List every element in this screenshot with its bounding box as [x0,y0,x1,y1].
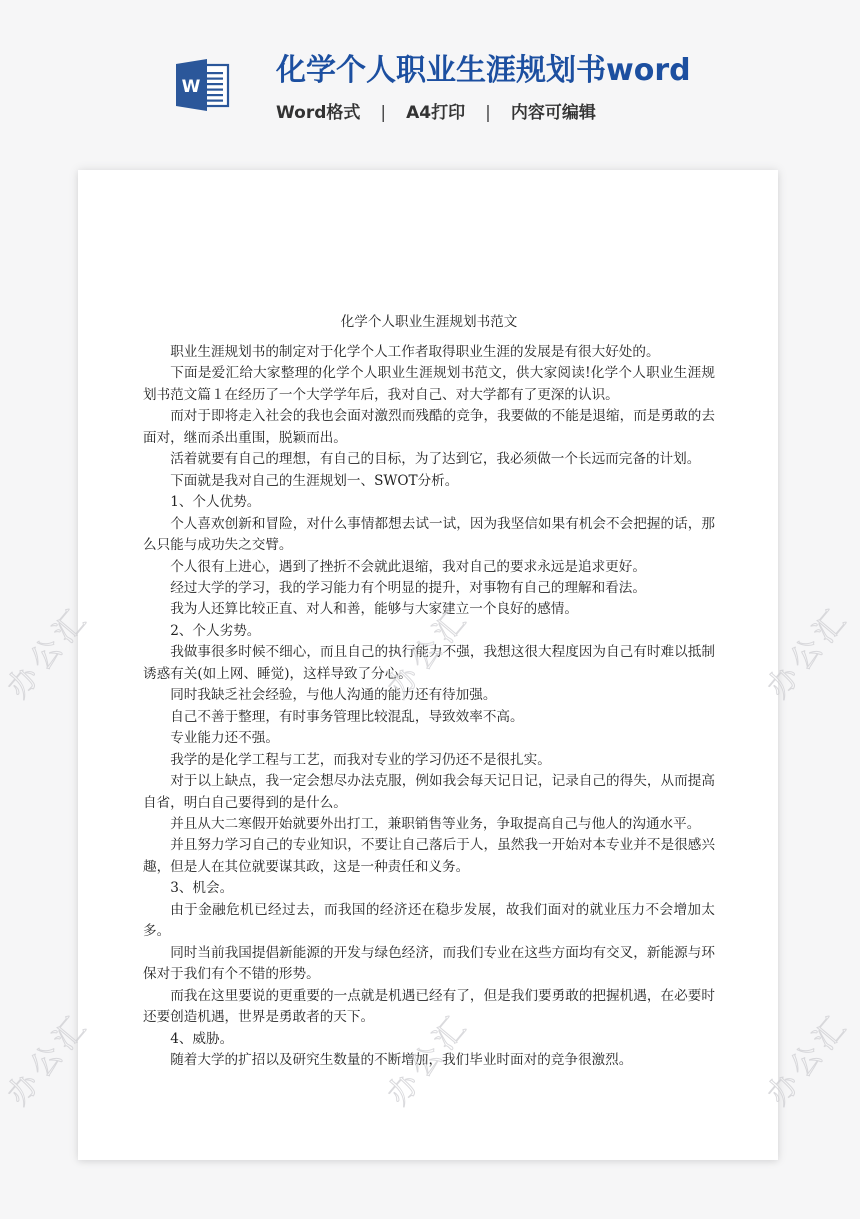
paragraph: 专业能力还不强。 [143,728,715,749]
paragraph: 而我在这里要说的更重要的一点就是机遇已经有了，但是我们要勇敢的把握机遇，在必要时… [143,986,715,1029]
meta-separator: | [380,101,386,125]
section-heading: 1、个人优势。 [143,492,715,513]
paragraph: 同时当前我国提倡新能源的开发与绿色经济，而我们专业在这些方面均有交叉，新能源与环… [143,943,715,986]
document-title: 化学个人职业生涯规划书word [276,52,691,90]
paragraph: 随着大学的扩招以及研究生数量的不断增加，我们毕业时面对的竞争很激烈。 [143,1050,715,1071]
section-heading: 4、威胁。 [143,1029,715,1050]
paragraph: 我学的是化学工程与工艺，而我对专业的学习仍还不是很扎实。 [143,750,715,771]
paragraph: 下面就是我对自己的生涯规划一、SWOT分析。 [143,471,715,492]
meta-format: Word格式 [276,101,360,125]
document-heading: 化学个人职业生涯规划书范文 [143,312,715,332]
paragraph: 由于金融危机已经过去，而我国的经济还在稳步发展，故我们面对的就业压力不会增加太多… [143,900,715,943]
paragraph: 下面是爱汇给大家整理的化学个人职业生涯规划书范文，供大家阅读!化学个人职业生涯规… [143,363,715,406]
document-body: 化学个人职业生涯规划书范文 职业生涯规划书的制定对于化学个人工作者取得职业生涯的… [143,312,715,1071]
paragraph: 个人很有上进心，遇到了挫折不会就此退缩，我对自己的要求永远是追求更好。 [143,557,715,578]
paragraph: 并且努力学习自己的专业知识，不要让自己落后于人，虽然我一开始对本专业并不是很感兴… [143,835,715,878]
paragraph: 自己不善于整理，有时事务管理比较混乱，导致效率不高。 [143,707,715,728]
paragraph: 我为人还算比较正直、对人和善，能够与大家建立一个良好的感情。 [143,599,715,620]
document-meta: Word格式 | A4打印 | 内容可编辑 [276,101,596,125]
paragraph: 经过大学的学习，我的学习能力有个明显的提升，对事物有自己的理解和看法。 [143,578,715,599]
section-heading: 2、个人劣势。 [143,621,715,642]
meta-print: A4打印 [406,101,465,125]
paragraph: 个人喜欢创新和冒险，对什么事情都想去试一试，因为我坚信如果有机会不会把握的话，那… [143,514,715,557]
paragraph: 同时我缺乏社会经验，与他人沟通的能力还有待加强。 [143,685,715,706]
paragraph: 并且从大二寒假开始就要外出打工，兼职销售等业务，争取提高自己与他人的沟通水平。 [143,814,715,835]
paragraph: 职业生涯规划书的制定对于化学个人工作者取得职业生涯的发展是有很大好处的。 [143,342,715,363]
paragraph: 而对于即将走入社会的我也会面对激烈而残酷的竞争，我要做的不能是退缩，而是勇敢的去… [143,406,715,449]
paragraph: 活着就要有自己的理想，有自己的目标，为了达到它，我必须做一个长远而完备的计划。 [143,449,715,470]
document-page: 化学个人职业生涯规划书范文 职业生涯规划书的制定对于化学个人工作者取得职业生涯的… [78,170,778,1160]
word-document-icon: W [174,58,230,112]
meta-separator: | [485,101,491,125]
paragraph: 对于以上缺点，我一定会想尽办法克服，例如我会每天记日记，记录自己的得失，从而提高… [143,771,715,814]
paragraph: 我做事很多时候不细心，而且自己的执行能力不强，我想这很大程度因为自己有时难以抵制… [143,642,715,685]
svg-text:W: W [182,77,201,97]
meta-editable: 内容可编辑 [511,101,596,125]
section-heading: 3、机会。 [143,878,715,899]
header: W 化学个人职业生涯规划书word Word格式 | A4打印 | 内容可编辑 [0,0,860,160]
